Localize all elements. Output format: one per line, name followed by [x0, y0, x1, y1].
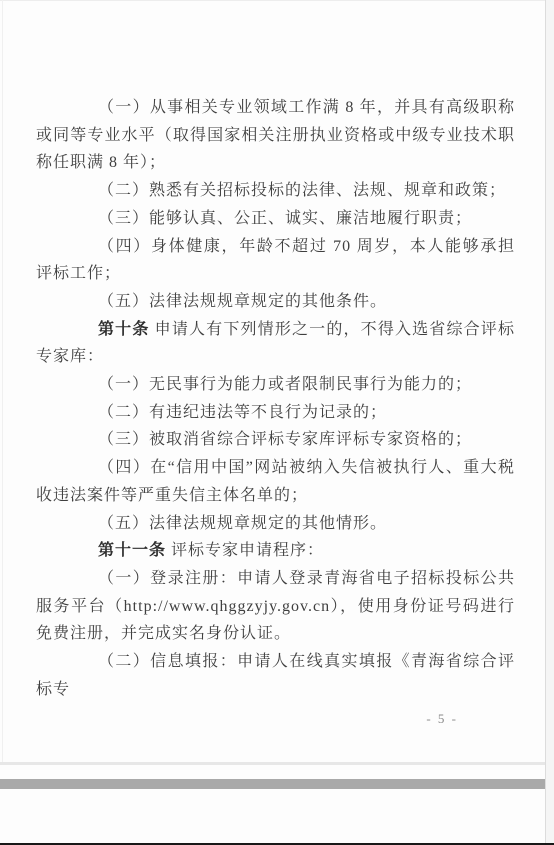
text-run: （二）有违纪违法等不良行为记录的；	[98, 404, 387, 421]
article-number: 第十一条	[98, 542, 166, 559]
paragraph: （五）法律法规规章规定的其他条件。	[36, 288, 515, 316]
paragraph: （一）登录注册：申请人登录青海省电子招标投标公共服务平台（http://www.…	[36, 565, 515, 648]
paragraph: （三）能够认真、公正、诚实、廉洁地履行职责；	[36, 205, 515, 233]
text-run: （一）登录注册：申请人登录青海省电子招标投标公共服务平台（http://www.…	[36, 570, 515, 642]
page-number: - 5 -	[0, 711, 458, 727]
page-bottom-edge	[0, 762, 545, 765]
page-left-edge	[2, 0, 3, 764]
text-run: （一）从事相关专业领域工作满 8 年，并具有高级职称或同等专业水平（取得国家相关…	[36, 99, 515, 171]
page-separator	[0, 779, 554, 789]
paragraph: （五）法律法规规章规定的其他情形。	[36, 510, 515, 538]
paragraph: （二）熟悉有关招标投标的法律、法规、规章和政策；	[36, 177, 515, 205]
paragraph: （二）信息填报：申请人在线真实填报《青海省综合评标专	[36, 648, 515, 703]
paragraph: （一）无民事行为能力或者限制民事行为能力的；	[36, 371, 515, 399]
paragraph: 第十条 申请人有下列情形之一的，不得入选省综合评标专家库：	[36, 316, 515, 371]
text-run: （五）法律法规规章规定的其他条件。	[98, 293, 387, 310]
text-run: （五）法律法规规章规定的其他情形。	[98, 515, 387, 532]
paragraph: （一）从事相关专业领域工作满 8 年，并具有高级职称或同等专业水平（取得国家相关…	[36, 94, 515, 177]
text-run: （四）身体健康，年龄不超过 70 周岁，本人能够承担评标工作；	[36, 238, 515, 283]
next-page-top	[0, 789, 545, 843]
text-run: （三）被取消省综合评标专家库评标专家资格的；	[98, 431, 472, 448]
text-run: （一）无民事行为能力或者限制民事行为能力的；	[98, 376, 472, 393]
paragraph: （四）在“信用中国”网站被纳入失信被执行人、重大税收违法案件等严重失信主体名单的…	[36, 454, 515, 509]
text-run: （二）信息填报：申请人在线真实填报《青海省综合评标专	[36, 653, 515, 698]
text-run: （三）能够认真、公正、诚实、廉洁地履行职责；	[98, 210, 472, 227]
paragraph: （三）被取消省综合评标专家库评标专家资格的；	[36, 426, 515, 454]
document-text: （一）从事相关专业领域工作满 8 年，并具有高级职称或同等专业水平（取得国家相关…	[36, 94, 515, 703]
text-run: 评标专家申请程序：	[166, 542, 324, 559]
paragraph: 第十一条 评标专家申请程序：	[36, 537, 515, 565]
scan-right-gutter	[545, 0, 554, 845]
viewport-top-edge	[0, 0, 554, 1]
text-run: （四）在“信用中国”网站被纳入失信被执行人、重大税收违法案件等严重失信主体名单的…	[36, 459, 515, 504]
paragraph: （二）有违纪违法等不良行为记录的；	[36, 399, 515, 427]
text-run: （二）熟悉有关招标投标的法律、法规、规章和政策；	[98, 182, 506, 199]
scanned-page-5: （一）从事相关专业领域工作满 8 年，并具有高级职称或同等专业水平（取得国家相关…	[0, 0, 545, 764]
paragraph: （四）身体健康，年龄不超过 70 周岁，本人能够承担评标工作；	[36, 233, 515, 288]
article-number: 第十条	[98, 321, 150, 338]
